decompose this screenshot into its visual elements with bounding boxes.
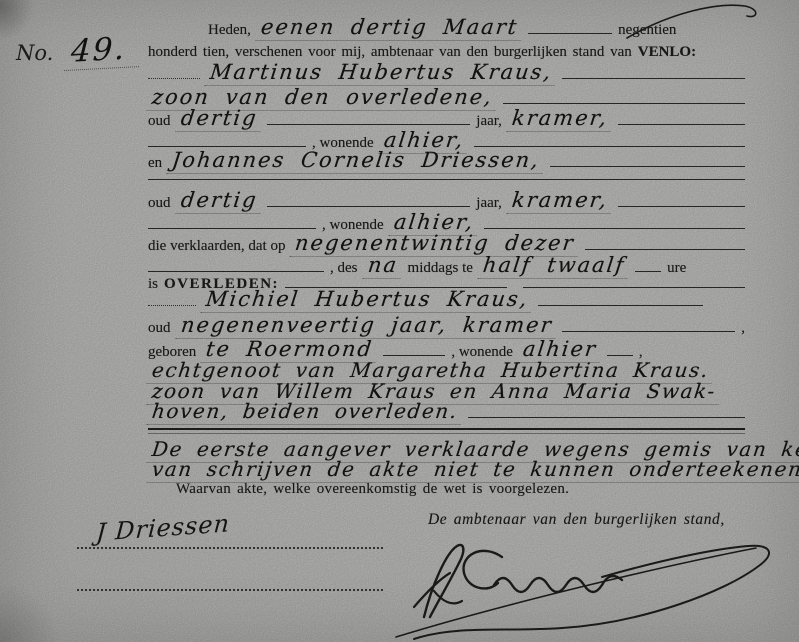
blank-fill-line [528, 18, 612, 34]
blank-fill-line [635, 256, 661, 272]
official-caption: De ambtenaar van den burgerlijken stand, [428, 511, 725, 529]
declarant1-name: Martinus Hubertus Kraus, [204, 60, 557, 86]
intro-line-2: honderd tien, verschenen voor mij, ambte… [148, 44, 745, 61]
act-number: No. 49. [16, 32, 141, 69]
blank-fill-line [267, 191, 470, 207]
blank-fill-line [148, 256, 324, 272]
declarant1-name-row: Martinus Hubertus Kraus, [148, 60, 745, 86]
declarant2-name: Johannes Cornelis Driessen, [167, 148, 546, 174]
signature-dotted-line-1 [77, 547, 383, 549]
official-signature [390, 533, 799, 642]
blank-fill-line [618, 191, 745, 207]
blank-fill-line [484, 213, 745, 229]
deceased-age-row: oud negenenveertig jaar, kramer , [148, 313, 745, 339]
act-number-value: 49. [64, 30, 141, 71]
blank-fill-line [618, 109, 745, 125]
declarant2-name-row: en Johannes Cornelis Driessen, [148, 148, 745, 174]
deceased-age-profession: negenenveertig jaar, kramer [175, 313, 558, 339]
blank-fill-line [562, 316, 735, 332]
intro-line2-text: honderd tien, verschenen voor mij, ambte… [148, 44, 632, 61]
blank-fill-line [538, 290, 703, 306]
city-name: VENLO: [638, 44, 696, 61]
divider-rule [148, 428, 745, 434]
blank-fill-line [468, 402, 745, 418]
signature-dotted-line-2 [77, 589, 383, 591]
blank-fill-line [562, 63, 745, 79]
blank-fill-line [474, 131, 745, 147]
heden-label: Heden, [208, 22, 251, 39]
blank-fill-line [148, 63, 200, 79]
intro-line-1: Heden, eenen dertig Maart negentien [148, 15, 713, 41]
blank-full-line [148, 179, 745, 180]
blank-fill-line [148, 290, 196, 306]
closing-note-2: van schrijven de akte niet te kunnen ond… [146, 457, 799, 483]
waarvan-row: Waarvan akte, welke overeenkomstig de we… [176, 481, 745, 498]
year-fragment: negentien [618, 22, 676, 39]
witness-signature: J Driessen [95, 509, 231, 547]
date-handwritten: eenen dertig Maart [255, 15, 523, 41]
deceased-name: Michiel Hubertus Kraus, [200, 287, 534, 313]
waarvan-line: Waarvan akte, welke overeenkomstig de we… [176, 481, 569, 498]
blank-fill-line [550, 151, 745, 167]
oud-label: oud [148, 320, 171, 337]
blank-fill-line [607, 340, 633, 356]
blank-fill-line [148, 213, 316, 229]
closing-note-row-2: van schrijven de akte niet te kunnen ond… [148, 457, 745, 483]
comma: , [741, 320, 745, 337]
death-certificate-scan: No. 49. Heden, eenen dertig Maart negent… [0, 0, 799, 642]
deceased-name-row: Michiel Hubertus Kraus, [148, 287, 745, 313]
parents-row-2: hoven, beiden overleden. [148, 399, 745, 425]
blank-fill-line [285, 272, 507, 288]
blank-fill-line [383, 340, 445, 356]
act-number-label: No. [16, 41, 53, 65]
blank-fill-line [585, 234, 745, 250]
blank-fill-line [267, 109, 470, 125]
blank-fill-line [523, 272, 745, 288]
blank-fill-line [503, 88, 745, 104]
en-label: en [148, 155, 162, 172]
blank-fill-line [148, 131, 306, 147]
parents-line-2: hoven, beiden overleden. [146, 399, 463, 425]
